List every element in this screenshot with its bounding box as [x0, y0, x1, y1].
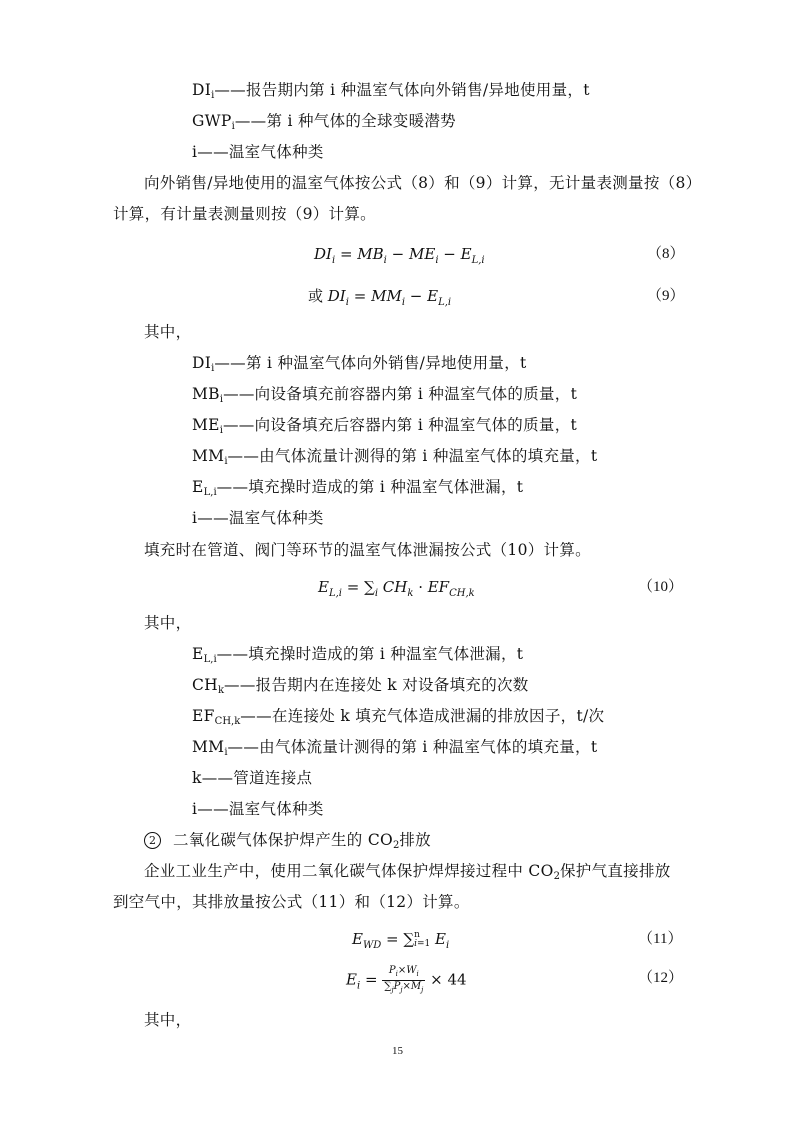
paragraph-3-line-2: 到空气中，其排放量按公式（11）和（12）计算。: [113, 892, 470, 912]
paragraph-1-line-2: 计算，有计量表测量则按（9）计算。: [113, 204, 376, 224]
paragraph-3-line-1: 企业工业生产中，使用二氧化碳气体保护焊焊接过程中 CO2保护气直接排放: [144, 861, 671, 887]
where-label-2: 其中，: [144, 613, 191, 633]
definition-me: MEi——向设备填充后容器内第 i 种温室气体的质量，t: [192, 415, 577, 441]
equation-10: EL,i = ∑i CHk · EFCH,k: [318, 577, 475, 604]
definition-di: DIi——第 i 种温室气体向外销售/异地使用量，t: [192, 353, 527, 379]
where-label-1: 其中，: [144, 322, 191, 342]
definition-i-gas-type-3: i——温室气体种类: [192, 799, 324, 819]
equation-8: DIi = MBi − MEi − EL,i: [314, 244, 485, 271]
section-heading-co2-welding: 2二氧化碳气体保护焊产生的 CO2排放: [144, 830, 431, 856]
definition-ef-chk: EFCH,k——在连接处 k 填充气体造成泄漏的排放因子，t/次: [192, 706, 604, 732]
circled-number-2-icon: 2: [144, 832, 161, 849]
definition-chk: CHk——报告期内在连接处 k 对设备填充的次数: [192, 675, 529, 701]
definition-eli-2: EL,i——填充操时造成的第 i 种温室气体泄漏，t: [192, 644, 523, 670]
paragraph-1-line-1: 向外销售/异地使用的温室气体按公式（8）和（9）计算，无计量表测量按（8）: [144, 173, 701, 193]
definition-i-gas-type: i——温室气体种类: [192, 142, 324, 162]
equation-9-number: （9）: [647, 286, 685, 306]
definition-i-gas-type-2: i——温室气体种类: [192, 508, 324, 528]
fraction: Pi×Wi∑jPj×Mj: [382, 965, 425, 996]
equation-11-number: （11）: [638, 929, 682, 949]
equation-10-number: （10）: [638, 577, 683, 597]
where-label-3: 其中，: [144, 1010, 191, 1030]
definition-mb: MBi——向设备填充前容器内第 i 种温室气体的质量，t: [192, 384, 577, 410]
paragraph-2: 填充时在管道、阀门等环节的温室气体泄漏按公式（10）计算。: [144, 540, 591, 560]
definition-gwp: GWPi——第 i 种气体的全球变暖潜势: [192, 111, 456, 137]
equation-11: EWD = ∑ni=1 Ei: [352, 929, 449, 956]
definition-eli: EL,i——填充操时造成的第 i 种温室气体泄漏，t: [192, 477, 523, 503]
definition-mm: MMi——由气体流量计测得的第 i 种温室气体的填充量，t: [192, 446, 597, 472]
definition-mm-2: MMi——由气体流量计测得的第 i 种温室气体的填充量，t: [192, 737, 597, 763]
equation-12-number: （12）: [638, 968, 683, 988]
definition-k: k——管道连接点: [192, 768, 312, 788]
equation-12: Ei = Pi×Wi∑jPj×Mj × 44: [346, 965, 467, 997]
definition-di-sales: DIi——报告期内第 i 种温室气体向外销售/异地使用量，t: [192, 80, 590, 106]
page-number: 15: [392, 1045, 403, 1057]
equation-9: 或 DIi = MMi − EL,i: [308, 286, 451, 313]
equation-8-number: （8）: [647, 244, 685, 264]
